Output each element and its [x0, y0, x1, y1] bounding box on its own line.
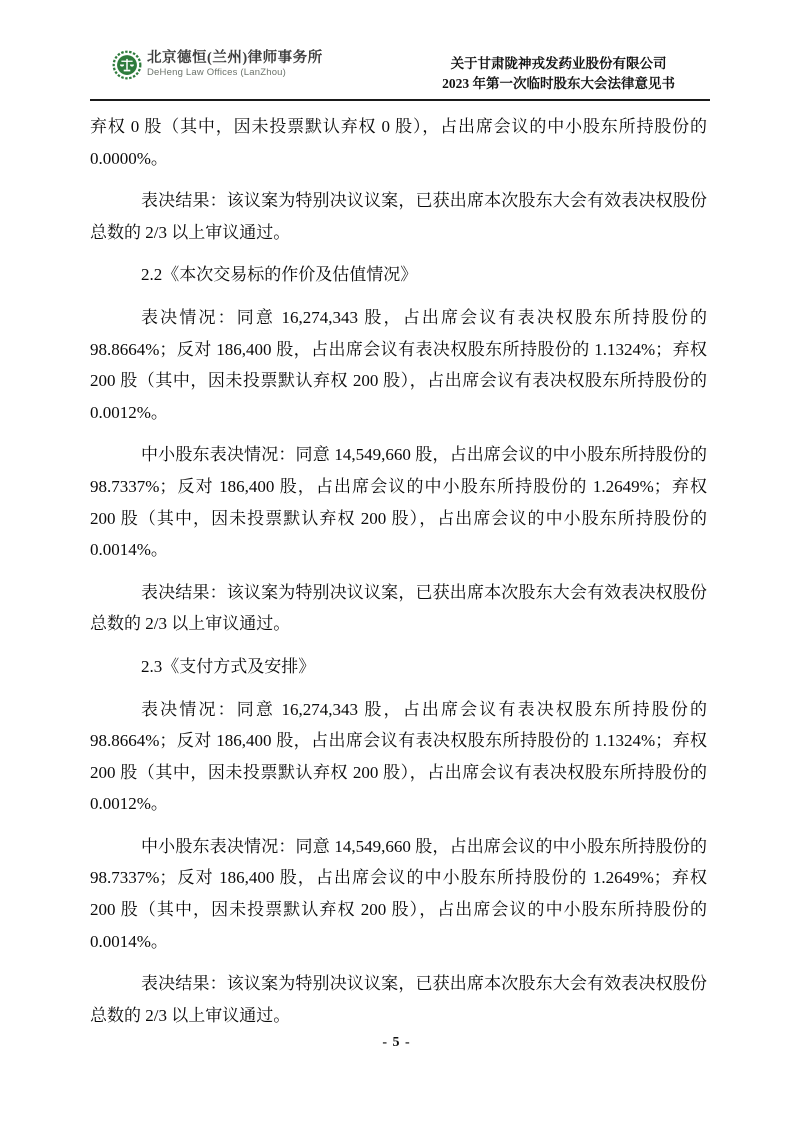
document-title: 关于甘肃陇神戎发药业股份有限公司 2023 年第一次临时股东大会法律意见书: [442, 54, 675, 94]
body-paragraph: 表决情况：同意 16,274,343 股，占出席会议有表决权股东所持股份的 98…: [90, 694, 707, 820]
body-paragraph: 中小股东表决情况：同意 14,549,660 股，占出席会议的中小股东所持股份的…: [90, 831, 707, 957]
body-paragraph: 表决结果：该议案为特别决议议案，已获出席本次股东大会有效表决权股份总数的 2/3…: [90, 185, 707, 248]
body-paragraph: 表决情况：同意 16,274,343 股，占出席会议有表决权股东所持股份的 98…: [90, 302, 707, 428]
law-firm-name-cn: 北京德恒(兰州)律师事务所: [147, 50, 323, 67]
deheng-emblem-icon: [112, 50, 142, 80]
page-number: - 5 -: [382, 1035, 410, 1050]
law-firm-name: 北京德恒(兰州)律师事务所 DeHeng Law Offices (LanZho…: [147, 50, 323, 79]
body-paragraph: 弃权 0 股（其中，因未投票默认弃权 0 股），占出席会议的中小股东所持股份的 …: [90, 111, 707, 174]
section-heading: 2.2《本次交易标的作价及估值情况》: [90, 259, 707, 291]
law-firm-name-en: DeHeng Law Offices (LanZhou): [147, 67, 323, 79]
document-title-line2: 2023 年第一次临时股东大会法律意见书: [442, 74, 675, 94]
section-heading: 2.3《支付方式及安排》: [90, 651, 707, 683]
body-paragraph: 中小股东表决情况：同意 14,549,660 股，占出席会议的中小股东所持股份的…: [90, 439, 707, 565]
page-footer: - 5 -: [0, 1035, 793, 1051]
body-paragraph: 表决结果：该议案为特别决议议案，已获出席本次股东大会有效表决权股份总数的 2/3…: [90, 968, 707, 1031]
header-divider: [90, 99, 710, 101]
document-title-line1: 关于甘肃陇神戎发药业股份有限公司: [442, 54, 675, 74]
document-page: 北京德恒(兰州)律师事务所 DeHeng Law Offices (LanZho…: [0, 0, 793, 1122]
page-header: 北京德恒(兰州)律师事务所 DeHeng Law Offices (LanZho…: [90, 50, 707, 98]
body-paragraph: 表决结果：该议案为特别决议议案，已获出席本次股东大会有效表决权股份总数的 2/3…: [90, 577, 707, 640]
document-body: 弃权 0 股（其中，因未投票默认弃权 0 股），占出席会议的中小股东所持股份的 …: [90, 111, 707, 1042]
law-firm-logo: 北京德恒(兰州)律师事务所 DeHeng Law Offices (LanZho…: [112, 50, 323, 80]
